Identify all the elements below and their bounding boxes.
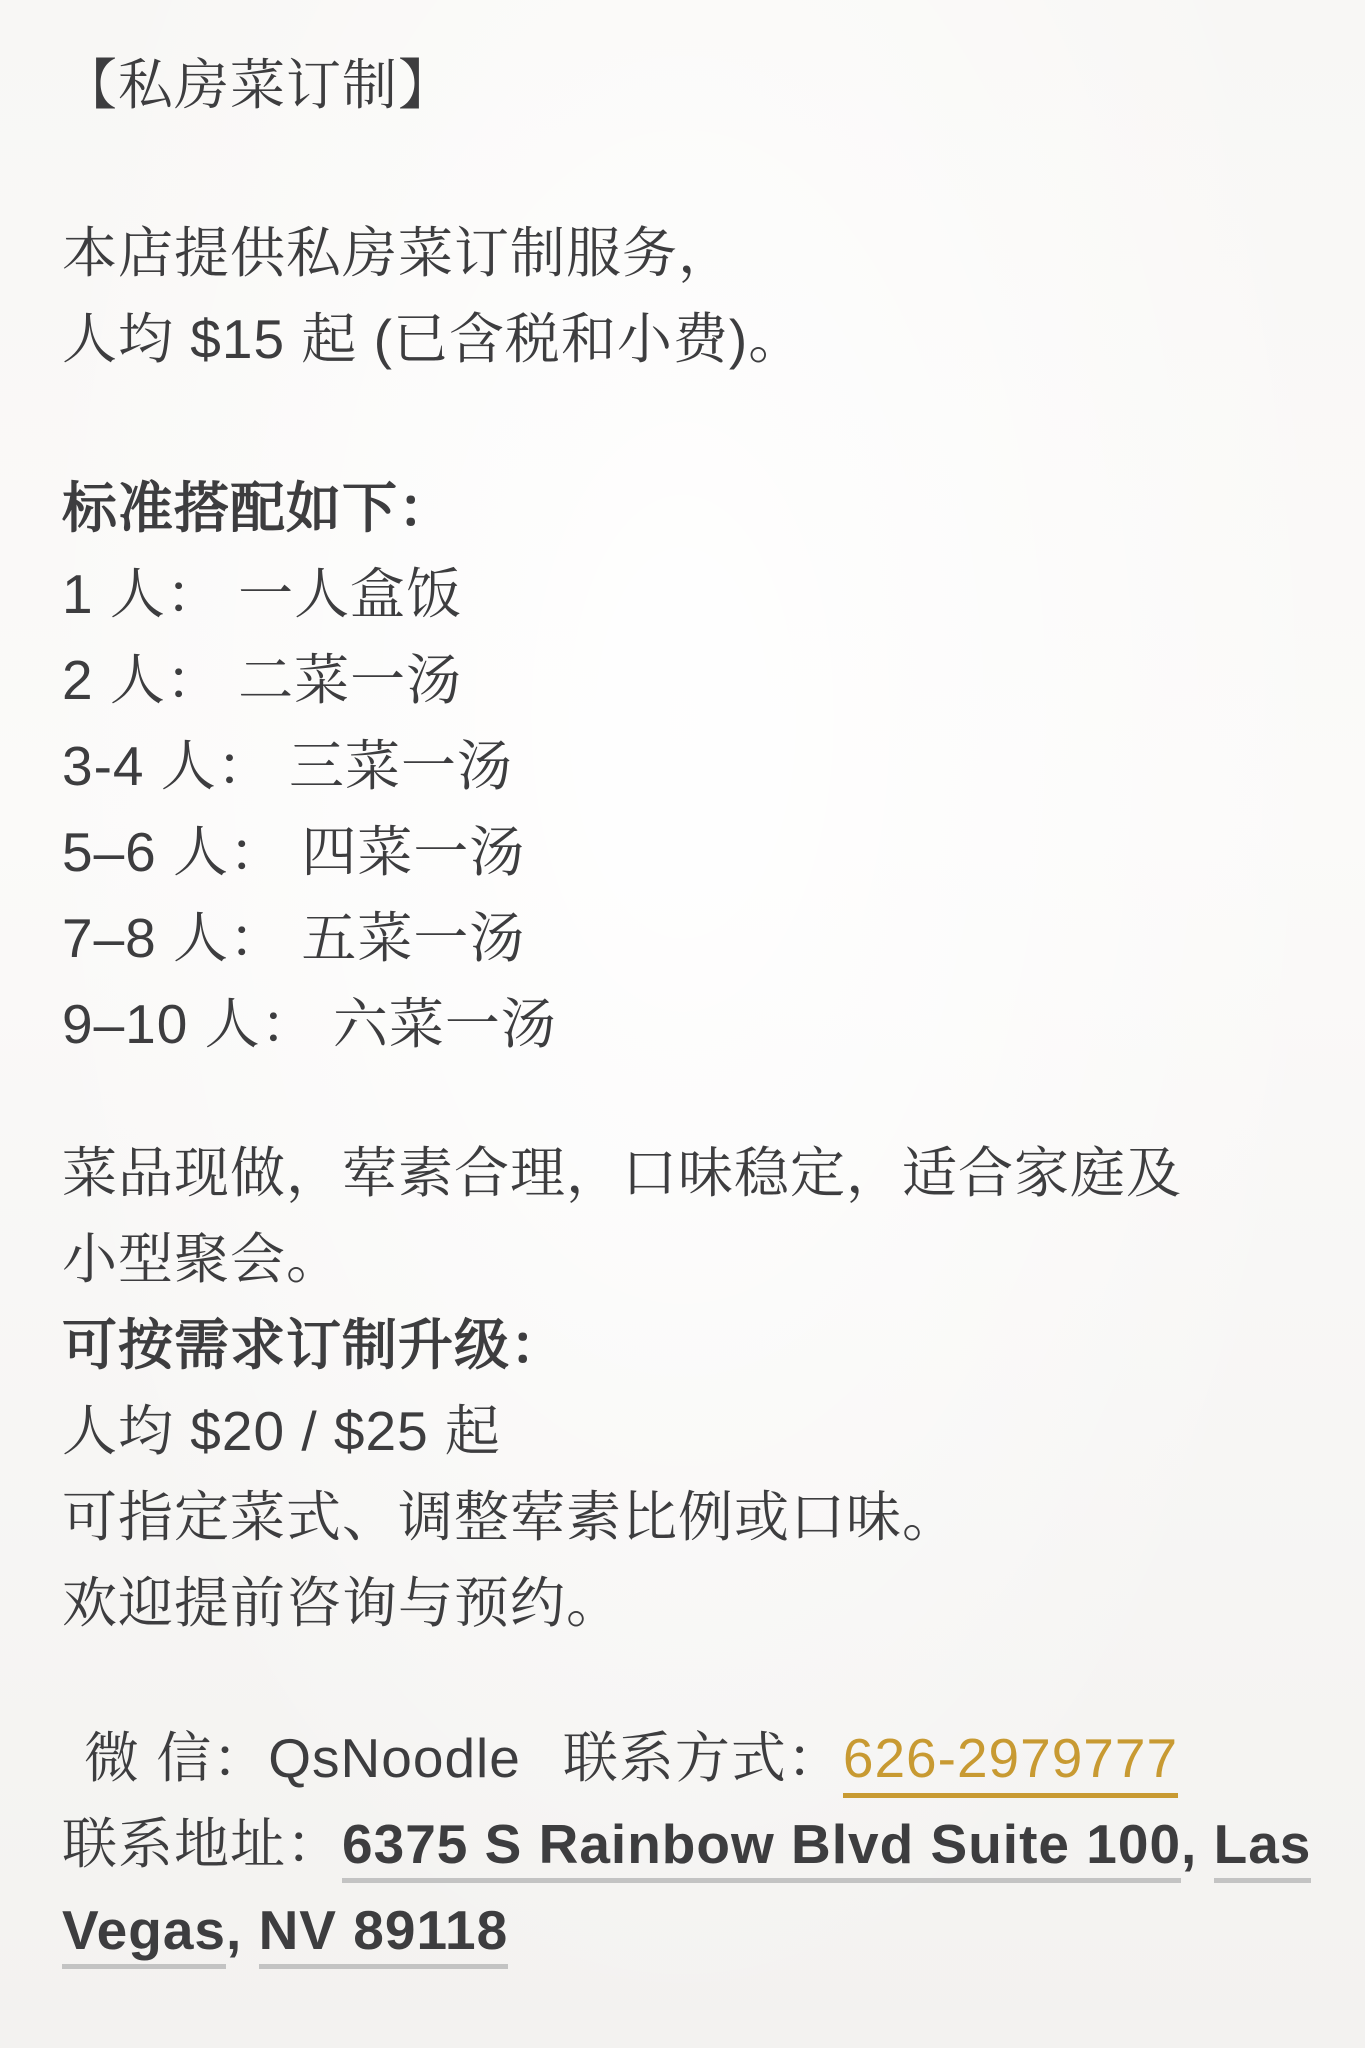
address-zip-link[interactable]: NV 89118 — [259, 1899, 509, 1969]
intro-line-1: 本店提供私房菜订制服务， — [62, 210, 1310, 296]
contact-section: 微 信：QsNoodle联系方式：626-2979777 联系地址：6375 S… — [62, 1715, 1310, 1973]
flyer-page: 【私房菜订制】 本店提供私房菜订制服务， 人均 $15 起 (已含税和小费)。 … — [0, 0, 1365, 2048]
standard-heading: 标准搭配如下： — [62, 465, 1310, 551]
combo-item-5-6person: 5–6 人： 四菜一汤 — [62, 809, 1310, 895]
combo-item-1person: 1 人： 一人盒饭 — [62, 551, 1310, 637]
combo-item-7-8person: 7–8 人： 五菜一汤 — [62, 895, 1310, 981]
contact-line-address-1: 联系地址：6375 S Rainbow Blvd Suite 100, Las — [62, 1801, 1310, 1887]
description-section: 菜品现做，荤素合理，口味稳定，适合家庭及 小型聚会。 可按需求订制升级： 人均 … — [62, 1130, 1310, 1646]
booking-invite-line: 欢迎提前咨询与预约。 — [62, 1560, 1310, 1646]
combo-item-2person: 2 人： 二菜一汤 — [62, 637, 1310, 723]
phone-label: 联系方式： — [563, 1727, 843, 1789]
intro-section: 本店提供私房菜订制服务， 人均 $15 起 (已含税和小费)。 — [62, 210, 1310, 382]
combo-item-9-10person: 9–10 人： 六菜一汤 — [62, 981, 1310, 1067]
contact-line-wechat-phone: 微 信：QsNoodle联系方式：626-2979777 — [62, 1715, 1310, 1801]
desc-line-2: 小型聚会。 — [62, 1216, 1310, 1302]
standard-combos-section: 标准搭配如下： 1 人： 一人盒饭 2 人： 二菜一汤 3-4 人： 三菜一汤 … — [62, 465, 1310, 1067]
phone-link[interactable]: 626-2979777 — [843, 1727, 1178, 1798]
address-comma: , — [1181, 1813, 1197, 1875]
intro-line-2: 人均 $15 起 (已含税和小费)。 — [62, 296, 1310, 382]
upgrade-options-line: 可指定菜式、调整荤素比例或口味。 — [62, 1474, 1310, 1560]
address-label: 联系地址： — [62, 1813, 342, 1875]
address-space-2 — [242, 1899, 258, 1961]
desc-line-1: 菜品现做，荤素合理，口味稳定，适合家庭及 — [62, 1130, 1310, 1216]
address-street-link[interactable]: 6375 S Rainbow Blvd Suite 100 — [342, 1813, 1181, 1883]
contact-line-address-2: Vegas, NV 89118 — [62, 1887, 1310, 1973]
upgrade-price-line: 人均 $20 / $25 起 — [62, 1388, 1310, 1474]
address-space — [1197, 1813, 1213, 1875]
wechat-label: 微 信： — [84, 1727, 268, 1789]
address-comma-2: , — [226, 1899, 242, 1961]
address-las-link[interactable]: Las — [1214, 1813, 1312, 1883]
combo-item-3-4person: 3-4 人： 三菜一汤 — [62, 723, 1310, 809]
page-title: 【私房菜订制】 — [62, 0, 1310, 128]
wechat-id: QsNoodle — [268, 1727, 521, 1789]
upgrade-heading: 可按需求订制升级： — [62, 1302, 1310, 1388]
address-vegas-link[interactable]: Vegas — [62, 1899, 226, 1969]
